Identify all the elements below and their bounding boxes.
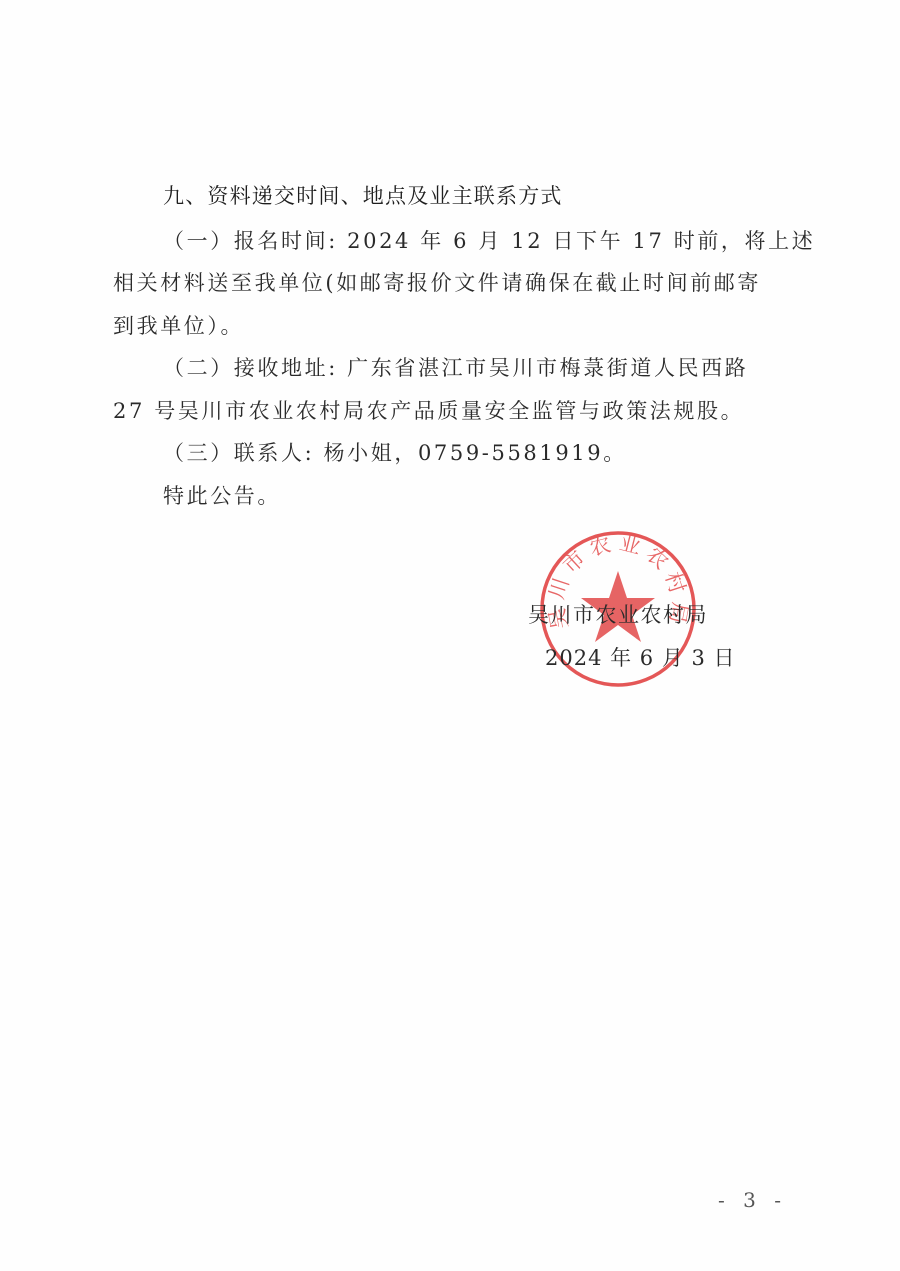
registration-time-line-2: 相关材料送至我单位(如邮寄报价文件请确保在截止时间前邮寄 (113, 268, 761, 298)
registration-time-line-1: （一）报名时间: 2024 年 6 月 12 日下午 17 时前，将上述 (163, 226, 815, 256)
page-number: - 3 - (718, 1186, 787, 1214)
closing-line: 特此公告。 (163, 481, 281, 511)
contact-line: （三）联系人: 杨小姐，0759-5581919。 (163, 438, 627, 468)
signature-organization: 吴川市农业农村局 (528, 600, 708, 630)
signature-date: 2024 年 6 月 3 日 (545, 643, 736, 673)
section-heading: 九、资料递交时间、地点及业主联系方式 (163, 181, 563, 211)
receiving-address-line-1: （二）接收地址: 广东省湛江市吴川市梅菉街道人民西路 (163, 353, 748, 383)
receiving-address-line-2: 27 号吴川市农业农村局农产品质量安全监管与政策法规股。 (113, 396, 744, 426)
document-page: 九、资料递交时间、地点及业主联系方式 （一）报名时间: 2024 年 6 月 1… (0, 0, 900, 1271)
registration-time-line-3: 到我单位）。 (113, 311, 244, 341)
